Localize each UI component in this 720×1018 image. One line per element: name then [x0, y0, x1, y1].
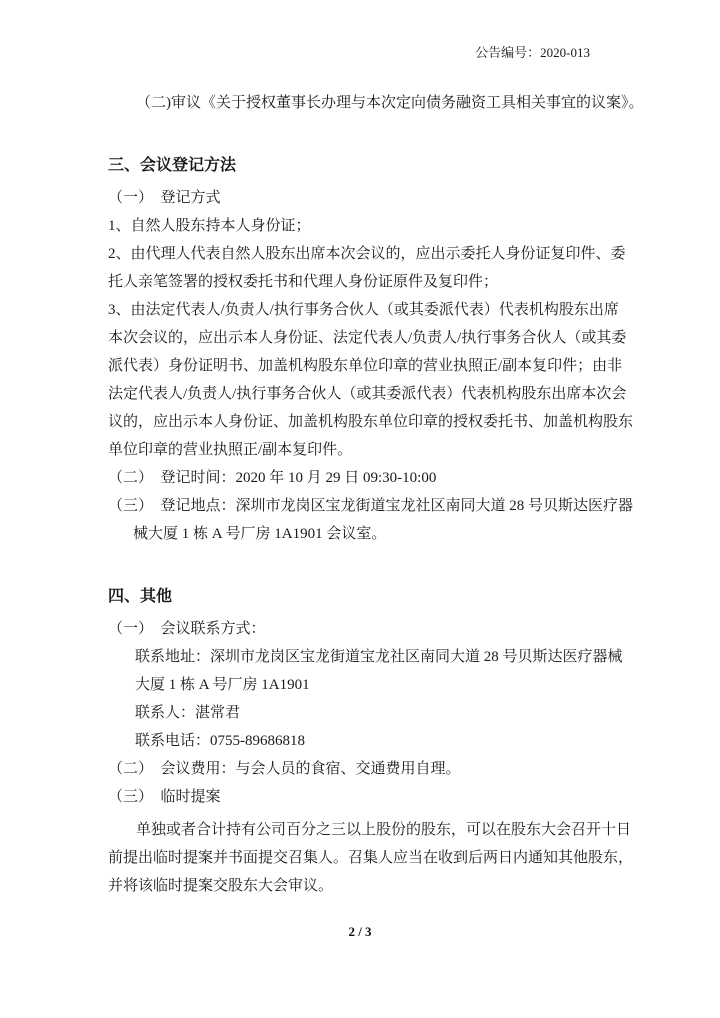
contact-person: 联系人：湛常君 [108, 699, 622, 727]
text-line: 联系人：湛常君 [135, 699, 622, 727]
section-heading-registration: 三、会议登记方法 [108, 152, 622, 180]
registration-method-label: （一） 登记方式 [108, 184, 622, 212]
text-line: 并将该临时提案交股东大会审议。 [108, 872, 622, 900]
text-line: 托人亲笔签署的授权委托书和代理人身份证原件及复印件； [108, 268, 622, 296]
text-line: （三） 登记地点：深圳市龙岗区宝龙街道宝龙社区南同大道 28 号贝斯达医疗器 [108, 492, 622, 520]
contact-phone: 联系电话：0755-89686818 [108, 727, 622, 755]
text-line: 前提出临时提案并书面提交召集人。召集人应当在收到后两日内通知其他股东， [108, 844, 622, 872]
registration-rule-1: 1、自然人股东持本人身份证； [108, 212, 622, 240]
document-body: （二)审议《关于授权董事长办理与本次定向债务融资工具相关事宜的议案》。三、会议登… [108, 89, 622, 900]
text-line: 1、自然人股东持本人身份证； [108, 212, 622, 240]
text-line: （二)审议《关于授权董事长办理与本次定向债务融资工具相关事宜的议案》。 [108, 89, 622, 117]
interim-proposal-paragraph: 单独或者合计持有公司百分之三以上股份的股东，可以在股东大会召开十日前提出临时提案… [108, 816, 622, 900]
text-line: （二） 登记时间：2020 年 10 月 29 日 09:30-10:00 [108, 464, 622, 492]
text-line: 三、会议登记方法 [108, 152, 622, 180]
text-line: 联系地址：深圳市龙岗区宝龙街道宝龙社区南同大道 28 号贝斯达医疗器械 [135, 643, 622, 671]
text-line: 3、由法定代表人/负责人/执行事务合伙人（或其委派代表）代表机构股东出席 [108, 296, 622, 324]
announcement-number: 公告编号：2020-013 [108, 44, 622, 62]
text-line: 单位印章的营业执照正/副本复印件。 [108, 436, 622, 464]
text-line: （三） 临时提案 [108, 783, 622, 811]
contact-address: 联系地址：深圳市龙岗区宝龙街道宝龙社区南同大道 28 号贝斯达医疗器械大厦 1 … [108, 643, 622, 699]
text-line: 单独或者合计持有公司百分之三以上股份的股东，可以在股东大会召开十日 [108, 816, 622, 844]
text-line: 本次会议的，应出示本人身份证、法定代表人/负责人/执行事务合伙人（或其委 [108, 324, 622, 352]
meeting-expenses: （二） 会议费用：与会人员的食宿、交通费用自理。 [108, 755, 622, 783]
document-content: 公告编号：2020-013 （二)审议《关于授权董事长办理与本次定向债务融资工具… [0, 0, 720, 900]
interim-proposal-label: （三） 临时提案 [108, 783, 622, 811]
text-line: 四、其他 [108, 583, 622, 611]
agenda-item-paragraph: （二)审议《关于授权董事长办理与本次定向债务融资工具相关事宜的议案》。 [108, 89, 622, 117]
registration-place: （三） 登记地点：深圳市龙岗区宝龙街道宝龙社区南同大道 28 号贝斯达医疗器械大… [108, 492, 622, 548]
section-heading-other: 四、其他 [108, 583, 622, 611]
text-line: 法定代表人/负责人/执行事务合伙人（或其委派代表）代表机构股东出席本次会 [108, 380, 622, 408]
text-line: 械大厦 1 栋 A 号厂房 1A1901 会议室。 [133, 520, 622, 548]
registration-rule-3: 3、由法定代表人/负责人/执行事务合伙人（或其委派代表）代表机构股东出席本次会议… [108, 296, 622, 464]
text-line: （一） 会议联系方式： [108, 615, 622, 643]
text-line: 2、由代理人代表自然人股东出席本次会议的，应出示委托人身份证复印件、委 [108, 240, 622, 268]
document-page: 公告编号：2020-013 （二)审议《关于授权董事长办理与本次定向债务融资工具… [0, 0, 720, 1018]
page-number: 2 / 3 [0, 923, 720, 941]
text-line: 派代表）身份证明书、加盖机构股东单位印章的营业执照正/副本复印件；由非 [108, 352, 622, 380]
registration-rule-2: 2、由代理人代表自然人股东出席本次会议的，应出示委托人身份证复印件、委托人亲笔签… [108, 240, 622, 296]
text-line: 大厦 1 栋 A 号厂房 1A1901 [135, 671, 622, 699]
text-line: （一） 登记方式 [108, 184, 622, 212]
text-line: （二） 会议费用：与会人员的食宿、交通费用自理。 [108, 755, 622, 783]
text-line: 议的，应出示本人身份证、加盖机构股东单位印章的授权委托书、加盖机构股东 [108, 408, 622, 436]
contact-method-label: （一） 会议联系方式： [108, 615, 622, 643]
text-line: 联系电话：0755-89686818 [135, 727, 622, 755]
registration-time: （二） 登记时间：2020 年 10 月 29 日 09:30-10:00 [108, 464, 622, 492]
